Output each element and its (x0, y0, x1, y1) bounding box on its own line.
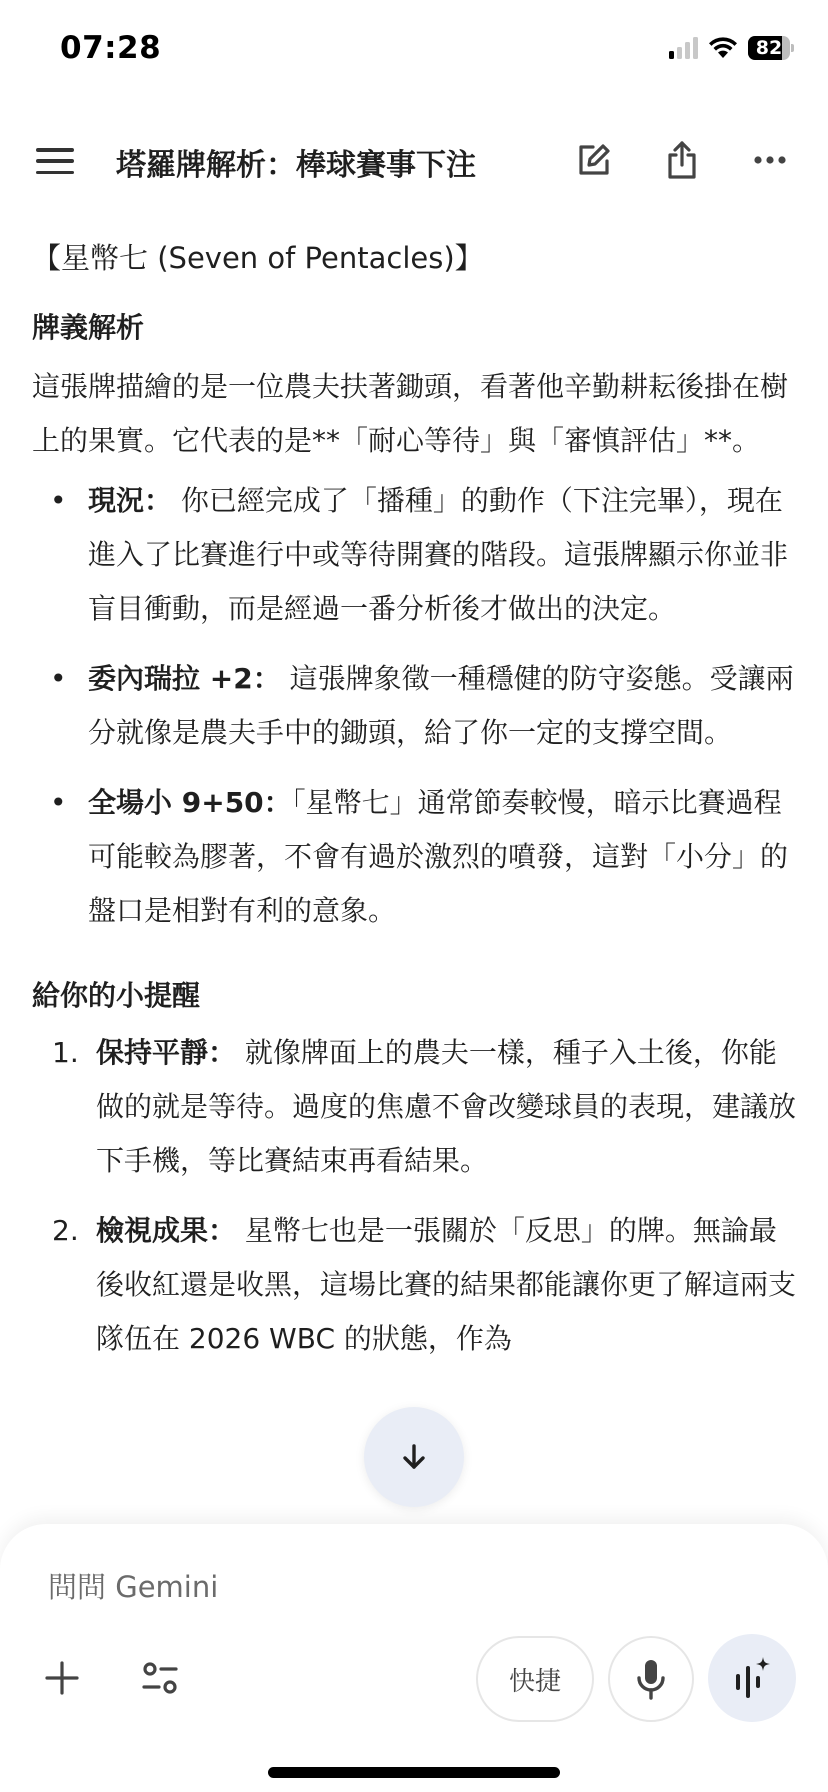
status-bar: 07:28 82 (0, 0, 828, 100)
item-label: 檢視成果： (96, 1214, 236, 1247)
bullet-label: 現況： (88, 484, 172, 517)
battery-percent: 82 (748, 36, 790, 60)
status-icons: 82 (669, 36, 794, 60)
item-number: 1. (52, 1026, 79, 1080)
share-icon[interactable] (660, 138, 704, 182)
tools-sliders-icon[interactable] (134, 1652, 186, 1704)
bullet-text: 你已經完成了「播種」的動作（下注完畢），現在進入了比賽進行中或等待開賽的階段。這… (88, 484, 788, 625)
bullet-label: 委內瑞拉 +2： (88, 662, 281, 695)
meaning-paragraph: 這張牌描繪的是一位農夫扶著鋤頭，看著他辛勤耕耘後掛在樹上的果實。它代表的是**「… (32, 360, 798, 468)
gemini-live-icon (732, 1656, 772, 1700)
scroll-to-bottom-button[interactable] (364, 1407, 464, 1507)
status-time: 07:28 (60, 30, 161, 66)
bullet-dot: • (50, 474, 67, 528)
gemini-live-button[interactable] (708, 1634, 796, 1722)
arrow-down-icon (401, 1443, 427, 1471)
hamburger-menu-icon[interactable] (36, 144, 74, 178)
app-header: 塔羅牌解析：棒球賽事下注 (0, 118, 828, 204)
chat-title[interactable]: 塔羅牌解析：棒球賽事下注 (116, 140, 476, 184)
reminder-numbered-list: 1. 保持平靜： 就像牌面上的農夫一樣，種子入土後，你能做的就是等待。過度的焦慮… (32, 1026, 798, 1366)
section-heading-reminder: 給你的小提醒 (32, 974, 798, 1018)
numbered-item: 2. 檢視成果： 星幣七也是一張關於「反思」的牌。無論最後收紅還是收黑，這場比賽… (32, 1204, 798, 1366)
tarot-card-title: 【星幣七 (Seven of Pentacles)】 (32, 236, 798, 280)
microphone-icon (635, 1658, 667, 1700)
item-label: 保持平靜： (96, 1036, 236, 1069)
prompt-input[interactable] (48, 1570, 748, 1604)
bullet-item: • 委內瑞拉 +2： 這張牌象徵一種穩健的防守姿態。受讓兩分就像是農夫手中的鋤頭… (32, 652, 798, 760)
cellular-signal-icon (669, 37, 698, 59)
composer: 快捷 (0, 1524, 828, 1792)
new-chat-edit-icon[interactable] (572, 138, 616, 182)
shortcut-button[interactable]: 快捷 (476, 1636, 594, 1722)
meaning-bullet-list: • 現況： 你已經完成了「播種」的動作（下注完畢），現在進入了比賽進行中或等待開… (32, 474, 798, 938)
section-heading-meaning: 牌義解析 (32, 306, 798, 350)
bullet-label: 全場小 9+50： (88, 786, 292, 819)
bullet-dot: • (50, 776, 67, 830)
bullet-item: • 現況： 你已經完成了「播種」的動作（下注完畢），現在進入了比賽進行中或等待開… (32, 474, 798, 636)
wifi-icon (708, 37, 738, 59)
item-number: 2. (52, 1204, 79, 1258)
response-content: 【星幣七 (Seven of Pentacles)】 牌義解析 這張牌描繪的是一… (32, 236, 798, 1382)
numbered-item: 1. 保持平靜： 就像牌面上的農夫一樣，種子入土後，你能做的就是等待。過度的焦慮… (32, 1026, 798, 1188)
bullet-dot: • (50, 652, 67, 706)
bullet-item: • 全場小 9+50：「星幣七」通常節奏較慢，暗示比賽過程可能較為膠著，不會有過… (32, 776, 798, 938)
home-indicator[interactable] (268, 1767, 560, 1778)
battery-icon: 82 (748, 36, 794, 60)
plus-icon[interactable] (36, 1652, 88, 1704)
microphone-button[interactable] (608, 1636, 694, 1722)
more-horizontal-icon[interactable] (748, 138, 792, 182)
